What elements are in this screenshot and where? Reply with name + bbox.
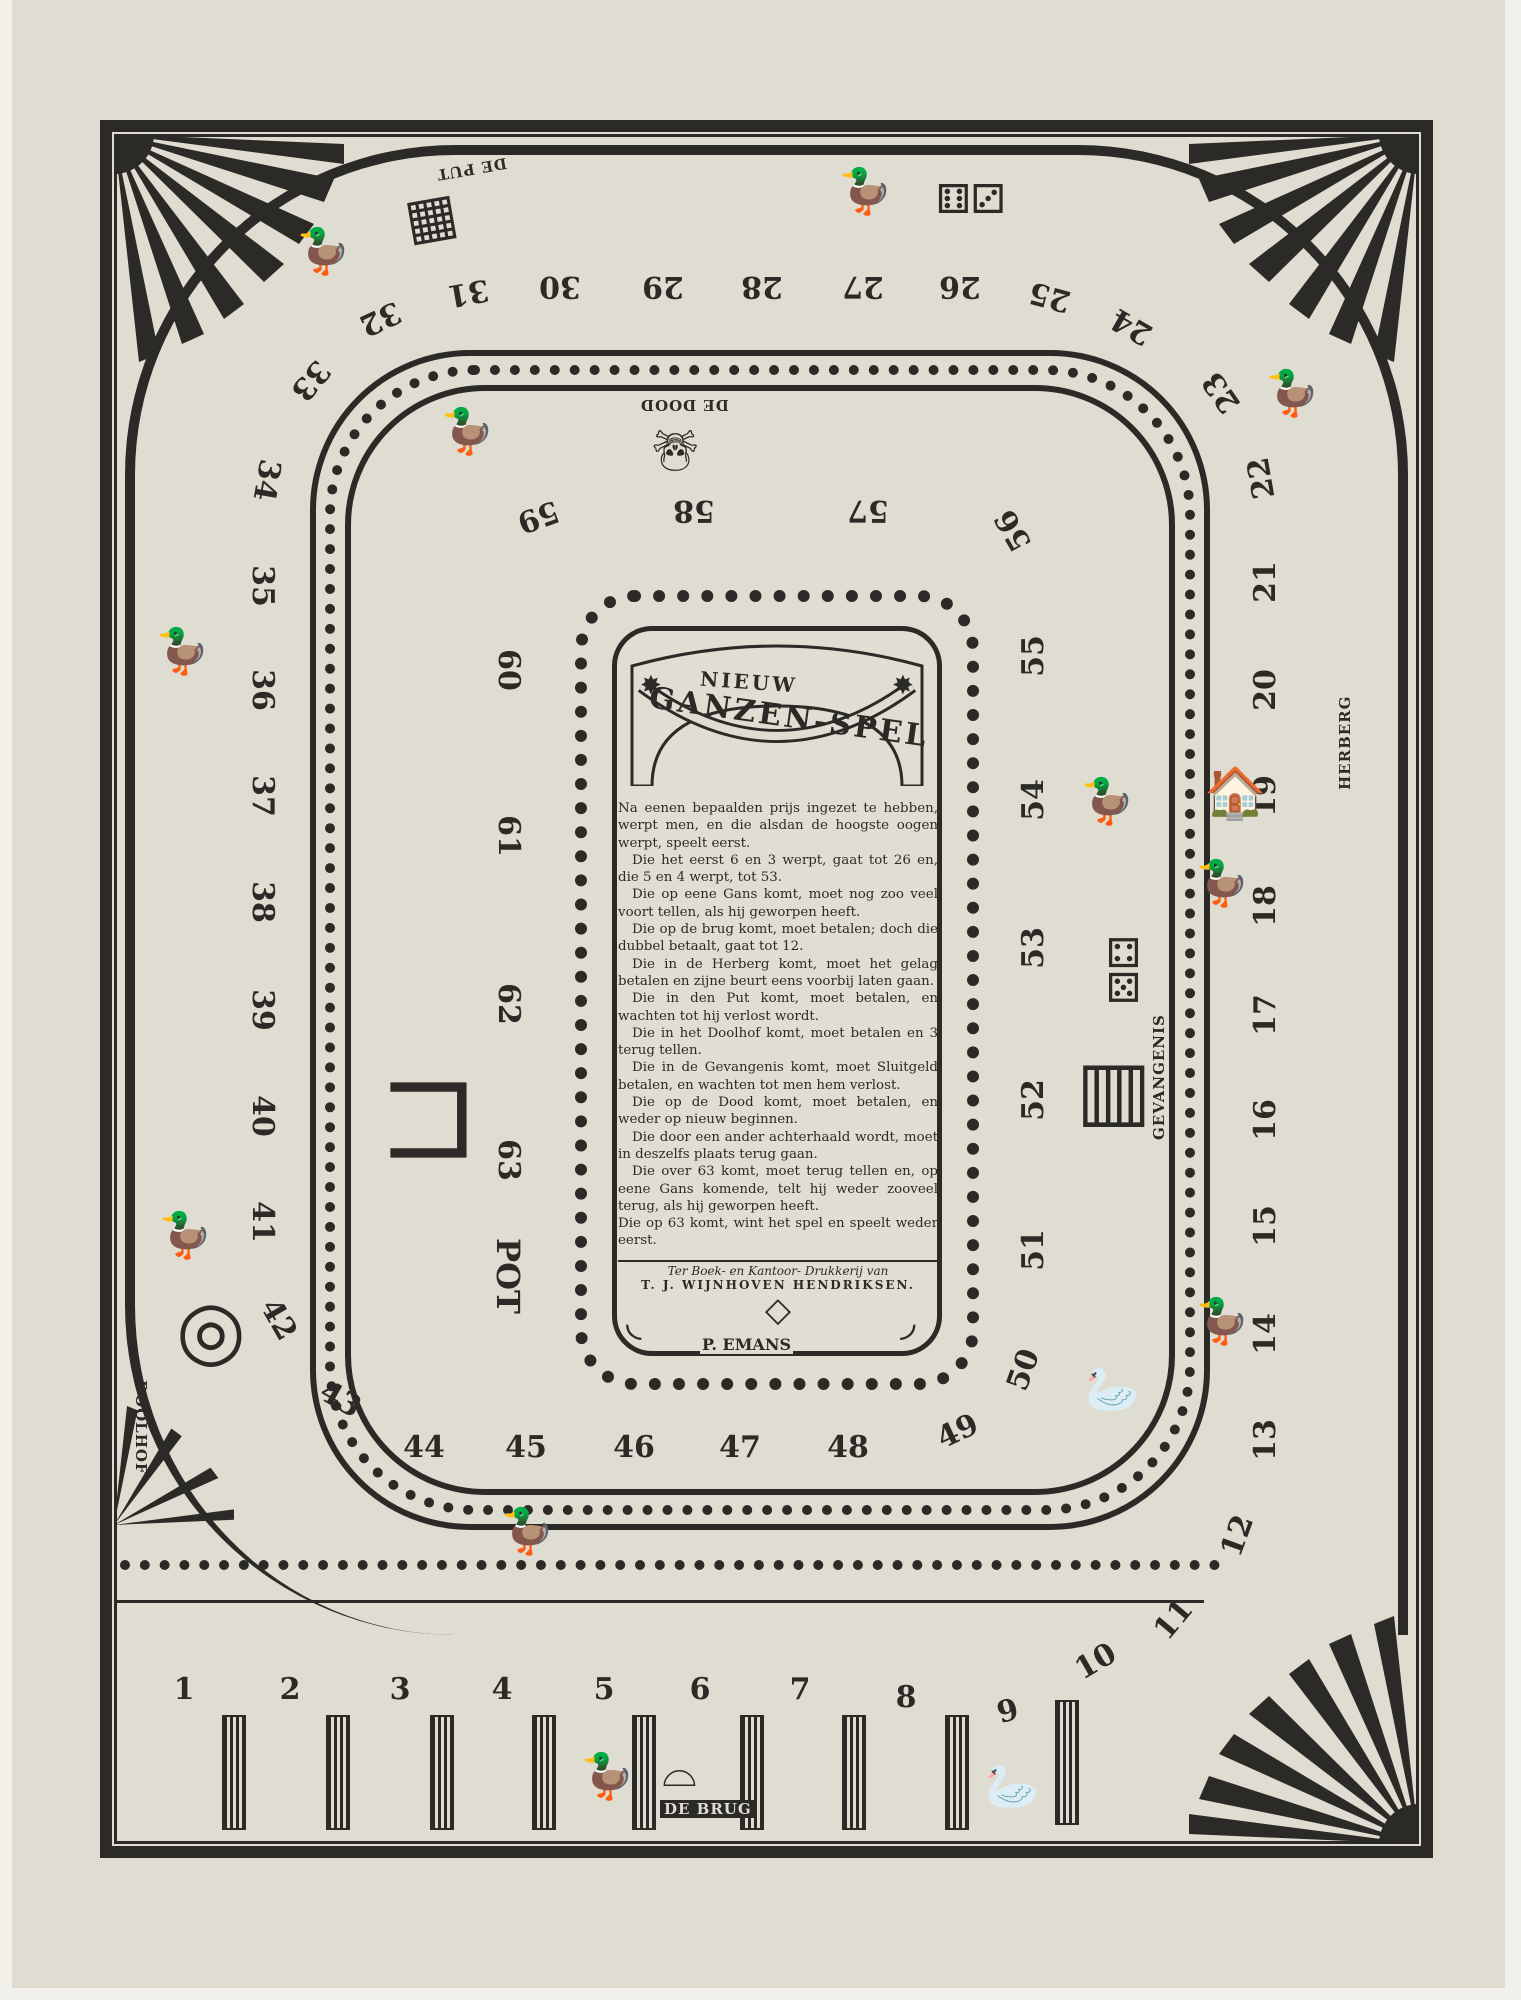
square-62: 62: [488, 974, 528, 1034]
square-30: 30: [530, 266, 590, 306]
square-38: 38: [242, 872, 282, 932]
rules-text: Na eenen bepaalden prijs ingezet te hebb…: [618, 800, 938, 1250]
square-20: 20: [1246, 660, 1286, 720]
goose-icon: 🦢: [985, 1765, 1040, 1809]
square-3: 3: [370, 1670, 430, 1710]
square-16: 16: [1246, 1090, 1286, 1150]
column: [532, 1715, 556, 1830]
rule: Die op de brug komt, moet betalen; doch …: [618, 921, 938, 956]
dice-icon: ⚄⚃: [1105, 935, 1145, 1005]
dice-icon: ⚅⚂: [936, 180, 1006, 220]
square-37: 37: [242, 766, 282, 826]
rule: Die in het Doolhof komt, moet betalen en…: [618, 1025, 938, 1060]
sunburst-corner-bottom-right: [1189, 1614, 1419, 1844]
column: [842, 1715, 866, 1830]
rule: Die over 63 komt, moet terug tellen en, …: [618, 1163, 938, 1215]
column: [945, 1715, 969, 1830]
inn-label: HERBERG: [1336, 696, 1354, 790]
goose-icon: 🦆: [440, 410, 495, 454]
bridge-label: DE BRUG: [660, 1800, 756, 1818]
goose-icon: 🦆: [158, 1214, 213, 1258]
pot-label: POT: [488, 1238, 528, 1298]
square-45: 45: [496, 1428, 556, 1468]
square-15: 15: [1246, 1196, 1286, 1256]
square-53: 53: [1014, 918, 1054, 978]
square-17: 17: [1246, 985, 1286, 1045]
death-skeleton-icon: ☠: [650, 420, 700, 476]
square-41: 41: [242, 1192, 282, 1252]
goose-icon: 🦆: [580, 1755, 635, 1799]
square-8: 8: [876, 1678, 936, 1718]
bridge-icon: ⌓: [662, 1750, 697, 1794]
square-58: 58: [664, 490, 724, 530]
square-36: 36: [242, 660, 282, 720]
bottom-rope-border: [120, 1560, 1220, 1590]
goose-icon: 🦆: [296, 230, 351, 274]
rule: Na eenen bepaalden prijs ingezet te hebb…: [618, 800, 938, 852]
column: [326, 1715, 350, 1830]
fan-ornament-icon: ◟: [626, 1302, 642, 1342]
rule: Die in de Gevangenis komt, moet Sluitgel…: [618, 1059, 938, 1094]
square-18: 18: [1246, 876, 1286, 936]
square-48: 48: [818, 1428, 878, 1468]
printer-line-1: Ter Boek- en Kantoor- Drukkerij van: [618, 1264, 938, 1278]
square-28: 28: [732, 266, 792, 306]
square-27: 27: [833, 266, 893, 306]
square-13: 13: [1246, 1410, 1286, 1470]
column: [430, 1715, 454, 1830]
goose-icon: 🦆: [1080, 780, 1135, 824]
diamond-ornament-icon: ◇: [618, 1292, 938, 1328]
maze-icon: ◎: [176, 1290, 246, 1370]
square-29: 29: [633, 266, 693, 306]
goose-icon: 🦢: [1085, 1368, 1140, 1412]
maze-label: DOOLHOF: [132, 1380, 150, 1475]
rule: Die in de Herberg komt, moet het gelag b…: [618, 956, 938, 991]
square-4: 4: [472, 1670, 532, 1710]
goose-icon: 🦆: [838, 170, 893, 214]
star-icon: ✸: [892, 671, 914, 701]
square-47: 47: [710, 1428, 770, 1468]
rule: Die op eene Gans komt, moet nog zoo veel…: [618, 886, 938, 921]
square-14: 14: [1246, 1304, 1286, 1364]
bottom-row-top-line: [114, 1600, 1204, 1606]
fan-ornament-icon: ◞: [900, 1302, 916, 1342]
woodcutter-signature: P. EMANS: [700, 1335, 793, 1354]
prison-icon: ▥: [1076, 1050, 1152, 1130]
square-1: 1: [154, 1670, 214, 1710]
column: [222, 1715, 246, 1830]
square-52: 52: [1014, 1070, 1054, 1130]
square-46: 46: [604, 1428, 664, 1468]
prison-label: GEVANGENIS: [1150, 1014, 1168, 1140]
square-7: 7: [770, 1670, 830, 1710]
square-6: 6: [670, 1670, 730, 1710]
goose-icon: 🦆: [1195, 1300, 1250, 1344]
square-40: 40: [242, 1086, 282, 1146]
well-icon: ▦: [402, 192, 464, 256]
rule: Die in den Put komt, moet betalen, en wa…: [618, 990, 938, 1025]
square-44: 44: [394, 1428, 454, 1468]
square-26: 26: [930, 266, 990, 306]
square-2: 2: [260, 1670, 320, 1710]
square-51: 51: [1014, 1220, 1054, 1280]
square-60: 60: [488, 640, 528, 700]
rule: Die op 63 komt, wint het spel en speelt …: [618, 1215, 938, 1250]
square-55: 55: [1014, 626, 1054, 686]
goose-icon: 🦆: [1195, 862, 1250, 906]
square-35: 35: [242, 556, 282, 616]
rule: Die door een ander achterhaald wordt, mo…: [618, 1129, 938, 1164]
goose-icon: 🦆: [1265, 372, 1320, 416]
rule: Die op de Dood komt, moet betalen, en we…: [618, 1094, 938, 1129]
inn-icon: 🏠: [1204, 768, 1266, 818]
goose-icon: 🦆: [155, 630, 210, 674]
square-57: 57: [838, 490, 898, 530]
square-39: 39: [242, 980, 282, 1040]
square-54: 54: [1014, 770, 1054, 830]
column: [1055, 1700, 1079, 1825]
square-5: 5: [574, 1670, 634, 1710]
rule: Die het eerst 6 en 3 werpt, gaat tot 26 …: [618, 852, 938, 887]
column: [632, 1715, 656, 1830]
pot-table-icon: ⊓: [370, 1070, 490, 1171]
square-61: 61: [488, 806, 528, 866]
square-21: 21: [1246, 552, 1286, 612]
goose-icon: 🦆: [500, 1510, 555, 1554]
printer-imprint: Ter Boek- en Kantoor- Drukkerij van T. J…: [618, 1260, 938, 1328]
death-label: DE DOOD: [640, 396, 729, 414]
